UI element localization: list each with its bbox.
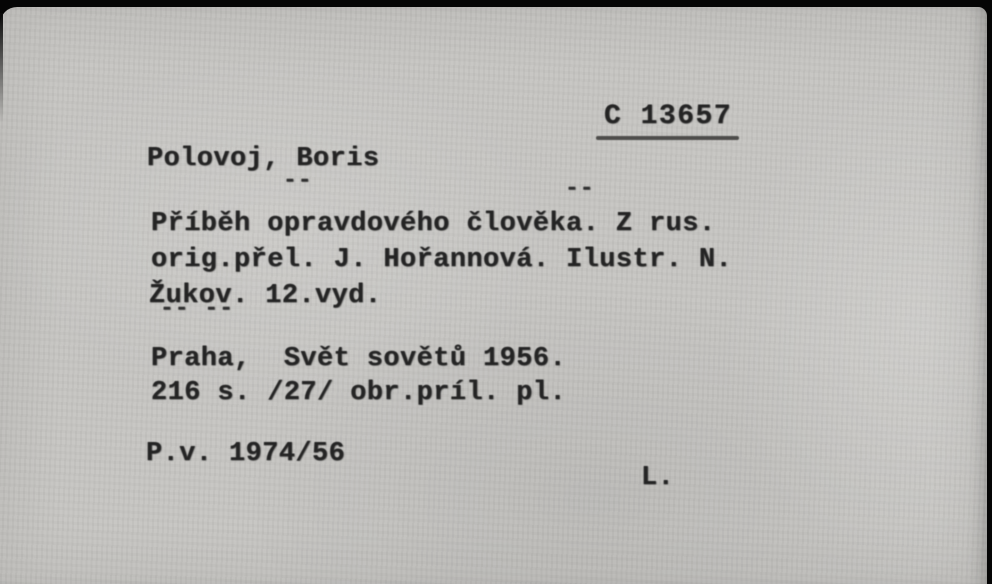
letter-mark: L.	[641, 463, 674, 493]
imprint-line-1: Praha, Svět sovětů 1956.	[151, 344, 566, 374]
scanned-catalog-card-page: { "card": { "call_number": "C 13657", "a…	[0, 0, 992, 584]
catalog-card: C 13657 Polovoj, Boris -- -- Příběh opra…	[0, 7, 987, 584]
scan-edge-left	[0, 13, 3, 123]
imprint-line-2: 216 s. /27/ obr.príl. pl.	[151, 378, 566, 408]
accession-number: P.v. 1974/56	[146, 439, 345, 469]
pencil-dash-mark-under-author: --	[283, 167, 313, 193]
title-line-2: orig.přel. J. Hořannová. Ilustr. N.	[151, 245, 732, 275]
pencil-dash-mark-under-zukov: -- --	[160, 295, 234, 321]
call-number: C 13657	[604, 101, 732, 132]
title-line-1: Příběh opravdového člověka. Z rus.	[151, 209, 716, 239]
call-number-underline	[596, 136, 739, 140]
pencil-dash-mark-above-title: --	[565, 175, 595, 201]
author-line: Polovoj, Boris	[147, 144, 379, 174]
